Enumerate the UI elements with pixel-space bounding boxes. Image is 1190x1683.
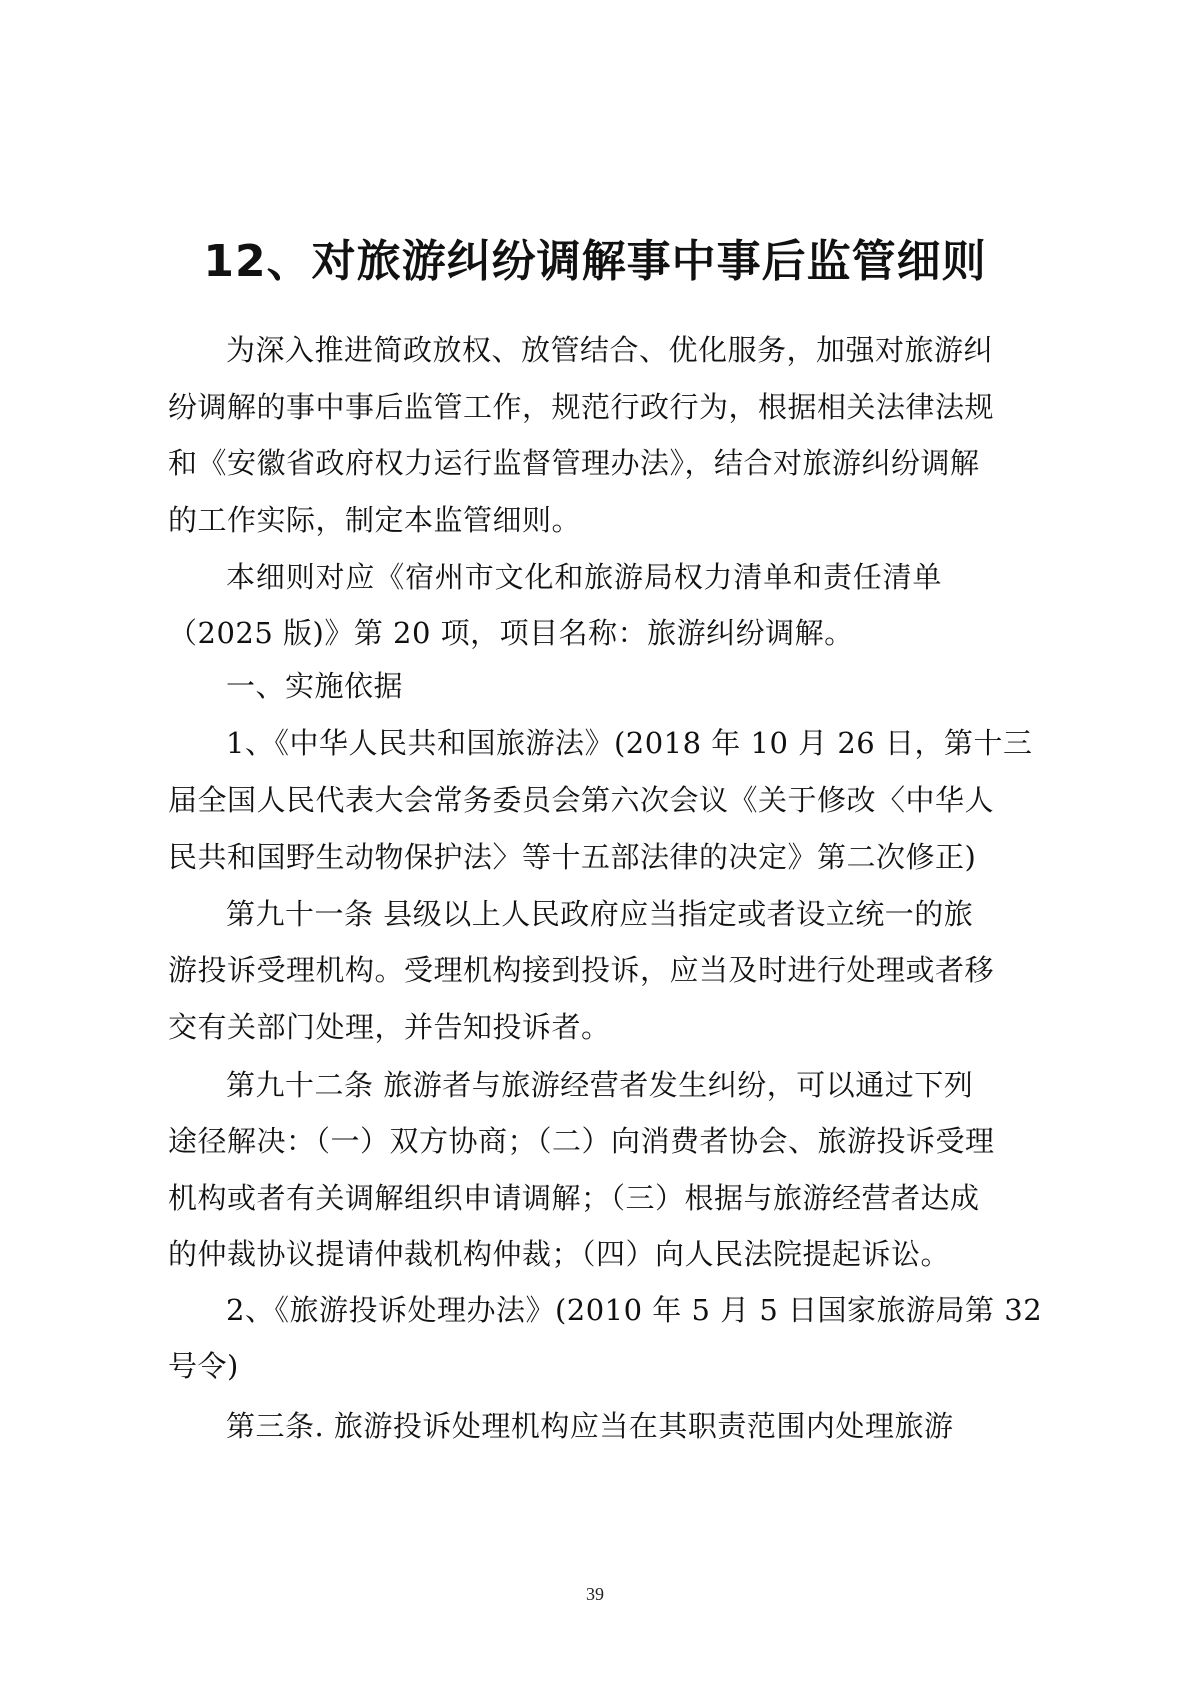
paragraph-line: 和《安徽省政府权力运行监督管理办法》，结合对旅游纠纷调解 <box>168 443 942 483</box>
paragraph-line: 号令) <box>168 1346 942 1386</box>
paragraph-line: 第九十一条 县级以上人民政府应当指定或者设立统一的旅 <box>226 894 942 934</box>
paragraph-line: 的仲裁协议提请仲裁机构仲裁；（四）向人民法院提起诉讼。 <box>168 1234 942 1274</box>
paragraph-line: 届全国人民代表大会常务委员会第六次会议《关于修改〈中华人 <box>168 780 942 820</box>
paragraph-line: 本细则对应《宿州市文化和旅游局权力清单和责任清单 <box>226 557 942 597</box>
paragraph-line: 民共和国野生动物保护法〉等十五部法律的决定》第二次修正) <box>168 837 942 877</box>
document-page: 12、对旅游纠纷调解事中事后监管细则 为深入推进简政放权、放管结合、优化服务，加… <box>0 0 1190 1683</box>
section-heading: 一、实施依据 <box>226 666 942 706</box>
paragraph-line: 交有关部门处理，并告知投诉者。 <box>168 1007 942 1047</box>
page-title: 12、对旅游纠纷调解事中事后监管细则 <box>0 232 1190 292</box>
paragraph-line: 的工作实际，制定本监管细则。 <box>168 500 942 540</box>
paragraph-line: 纷调解的事中事后监管工作，规范行政行为，根据相关法律法规 <box>168 387 942 427</box>
paragraph-line: 为深入推进简政放权、放管结合、优化服务，加强对旅游纠 <box>226 330 942 370</box>
page-number: 39 <box>0 1584 1190 1605</box>
paragraph-line: 第三条. 旅游投诉处理机构应当在其职责范围内处理旅游 <box>226 1406 942 1446</box>
paragraph-line: （2025 版)》第 20 项，项目名称：旅游纠纷调解。 <box>168 613 942 653</box>
paragraph-line: 游投诉受理机构。受理机构接到投诉，应当及时进行处理或者移 <box>168 950 942 990</box>
paragraph-line: 1、《中华人民共和国旅游法》(2018 年 10 月 26 日，第十三 <box>226 723 942 763</box>
paragraph-line: 第九十二条 旅游者与旅游经营者发生纠纷，可以通过下列 <box>226 1065 942 1105</box>
paragraph-line: 途径解决：（一）双方协商；（二）向消费者协会、旅游投诉受理 <box>168 1121 942 1161</box>
paragraph-line: 2、《旅游投诉处理办法》(2010 年 5 月 5 日国家旅游局第 32 <box>226 1290 942 1330</box>
paragraph-line: 机构或者有关调解组织申请调解；（三）根据与旅游经营者达成 <box>168 1178 942 1218</box>
